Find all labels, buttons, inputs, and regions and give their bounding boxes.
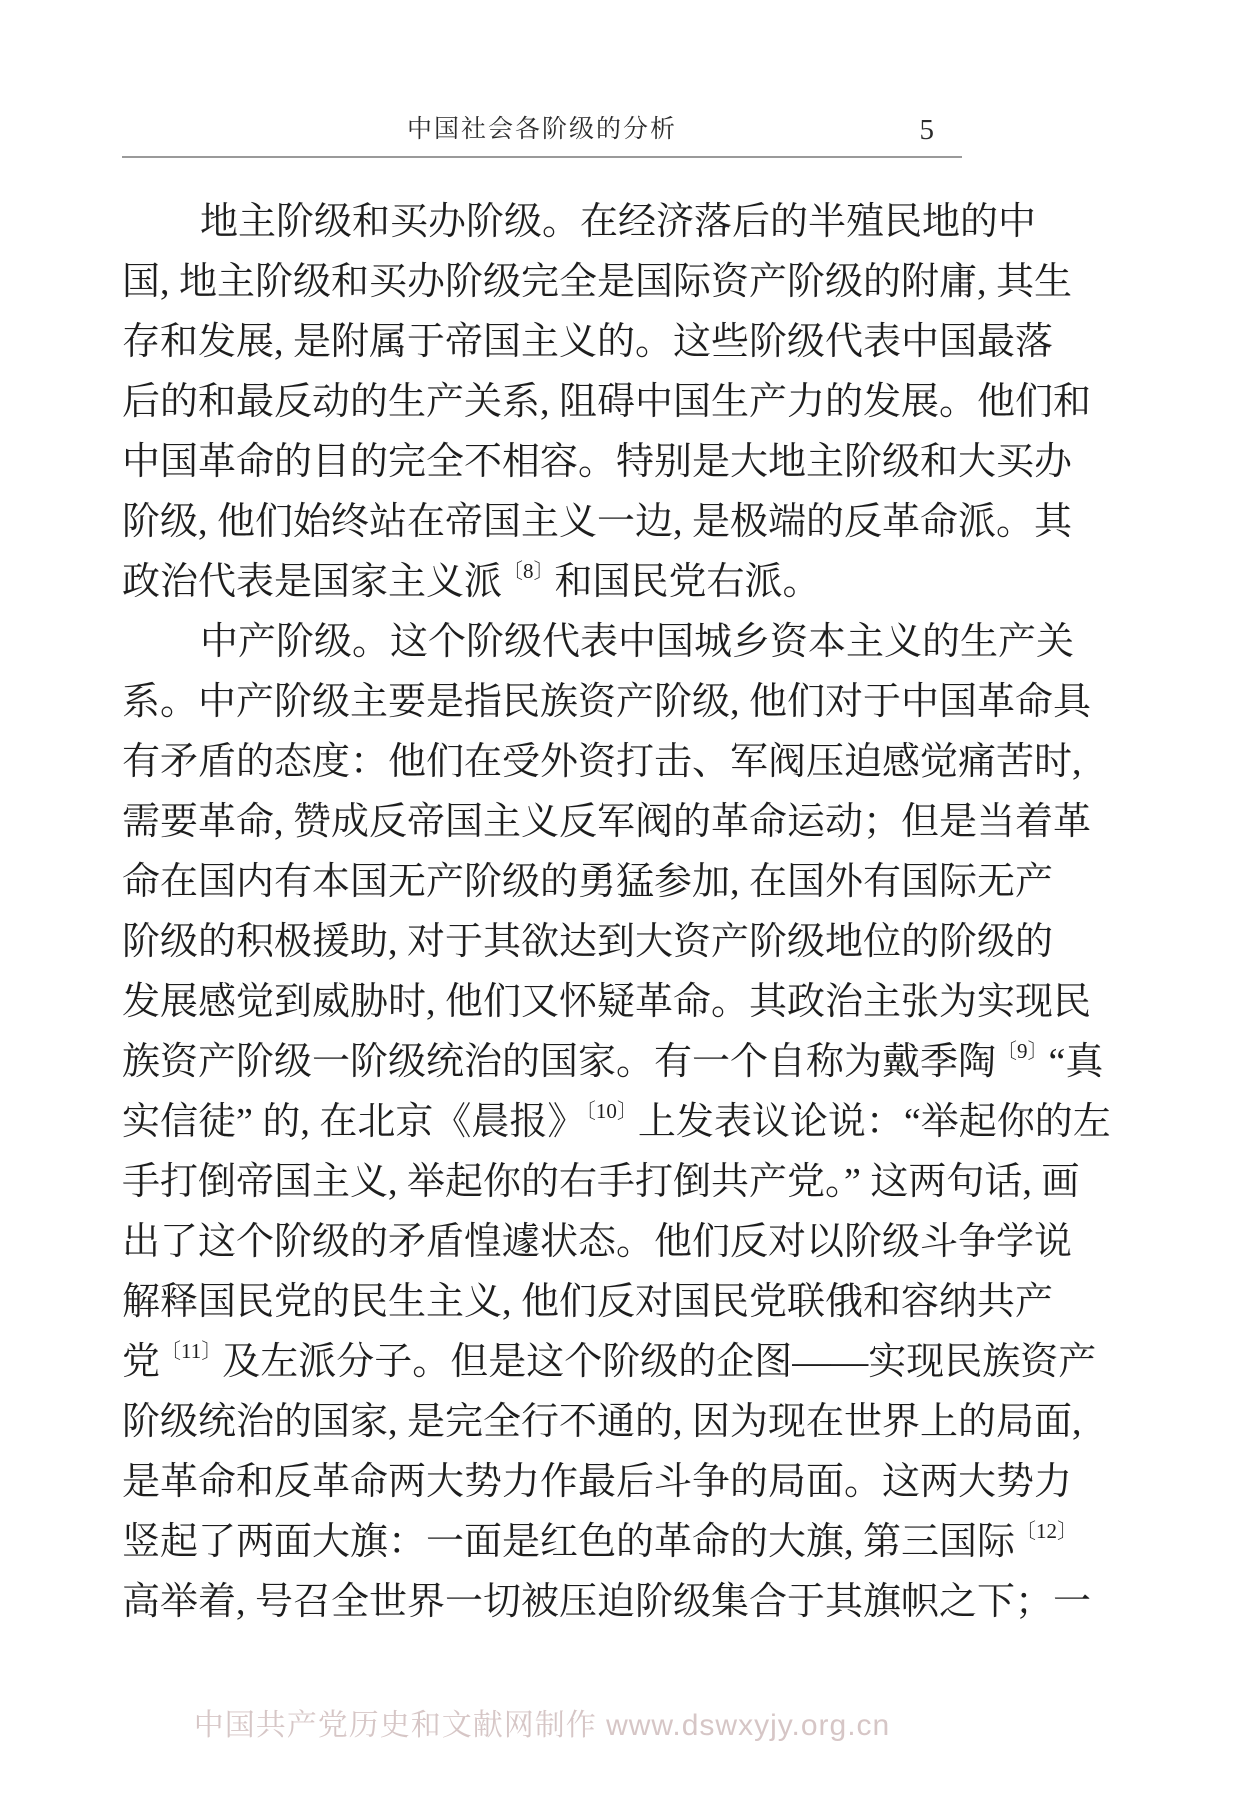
text-line: 国, 地主阶级和买办阶级完全是国际资产阶级的附庸, 其生 <box>122 252 962 312</box>
text-line: 发展感觉到威胁时, 他们又怀疑革命。其政治主张为实现民 <box>122 972 962 1032</box>
running-head-title: 中国社会各阶级的分析 <box>122 108 962 152</box>
footer-watermark-text: 中国共产党历史和文献网制作 www.dswxyjy.org.cn <box>194 1709 891 1742</box>
header-rule <box>122 156 962 158</box>
text-line: 出了这个阶级的矛盾惶遽状态。他们反对以阶级斗争学说 <box>122 1212 962 1272</box>
book-page: 中国社会各阶级的分析 5 地主阶级和买办阶级。在经济落后的半殖民地的中国, 地主… <box>0 0 1247 1800</box>
text-line: 高举着, 号召全世界一切被压迫阶级集合于其旗帜之下；一 <box>122 1572 962 1632</box>
footnote-marker: 〔9〕 <box>996 1039 1049 1063</box>
text-line: 是革命和反革命两大势力作最后斗争的局面。这两大势力 <box>122 1452 962 1512</box>
text-line: 有矛盾的态度：他们在受外资打击、军阀压迫感觉痛苦时, <box>122 732 962 792</box>
text-line: 地主阶级和买办阶级。在经济落后的半殖民地的中 <box>122 192 962 252</box>
page-footer: 中国共产党历史和文献网制作 www.dswxyjy.org.cn <box>122 1700 962 1744</box>
text-line: 需要革命, 赞成反帝国主义反军阀的革命运动；但是当着革 <box>122 792 962 852</box>
text-line: 中产阶级。这个阶级代表中国城乡资本主义的生产关 <box>122 612 962 672</box>
text-line: 竖起了两面大旗：一面是红色的革命的大旗, 第三国际〔12〕 <box>122 1512 962 1572</box>
text-line: 存和发展, 是附属于帝国主义的。这些阶级代表中国最落 <box>122 312 962 372</box>
footnote-marker: 〔8〕 <box>502 559 555 583</box>
footnote-marker: 〔11〕 <box>160 1339 222 1363</box>
text-line: 命在国内有本国无产阶级的勇猛参加, 在国外有国际无产 <box>122 852 962 912</box>
text-line: 后的和最反动的生产关系, 阻碍中国生产力的发展。他们和 <box>122 372 962 432</box>
text-line: 手打倒帝国主义, 举起你的右手打倒共产党。” 这两句话, 画 <box>122 1152 962 1212</box>
footnote-marker: 〔10〕 <box>585 1099 638 1123</box>
body-text: 地主阶级和买办阶级。在经济落后的半殖民地的中国, 地主阶级和买办阶级完全是国际资… <box>122 192 962 1632</box>
text-line: 族资产阶级一阶级统治的国家。有一个自称为戴季陶〔9〕“真 <box>122 1032 962 1092</box>
text-line: 中国革命的目的完全不相容。特别是大地主阶级和大买办 <box>122 432 962 492</box>
text-line: 政治代表是国家主义派〔8〕和国民党右派。 <box>122 552 962 612</box>
text-line: 党〔11〕及左派分子。但是这个阶级的企图——实现民族资产 <box>122 1332 962 1392</box>
text-line: 阶级的积极援助, 对于其欲达到大资产阶级地位的阶级的 <box>122 912 962 972</box>
footnote-marker: 〔12〕 <box>1015 1519 1078 1543</box>
page-number: 5 <box>920 108 935 152</box>
text-line: 阶级, 他们始终站在帝国主义一边, 是极端的反革命派。其 <box>122 492 962 552</box>
text-line: 阶级统治的国家, 是完全行不通的, 因为现在世界上的局面, <box>122 1392 962 1452</box>
page-header: 中国社会各阶级的分析 5 <box>122 108 962 152</box>
text-line: 实信徒” 的, 在北京《晨报》〔10〕上发表议论说：“举起你的左 <box>122 1092 962 1152</box>
text-line: 系。中产阶级主要是指民族资产阶级, 他们对于中国革命具 <box>122 672 962 732</box>
text-line: 解释国民党的民生主义, 他们反对国民党联俄和容纳共产 <box>122 1272 962 1332</box>
